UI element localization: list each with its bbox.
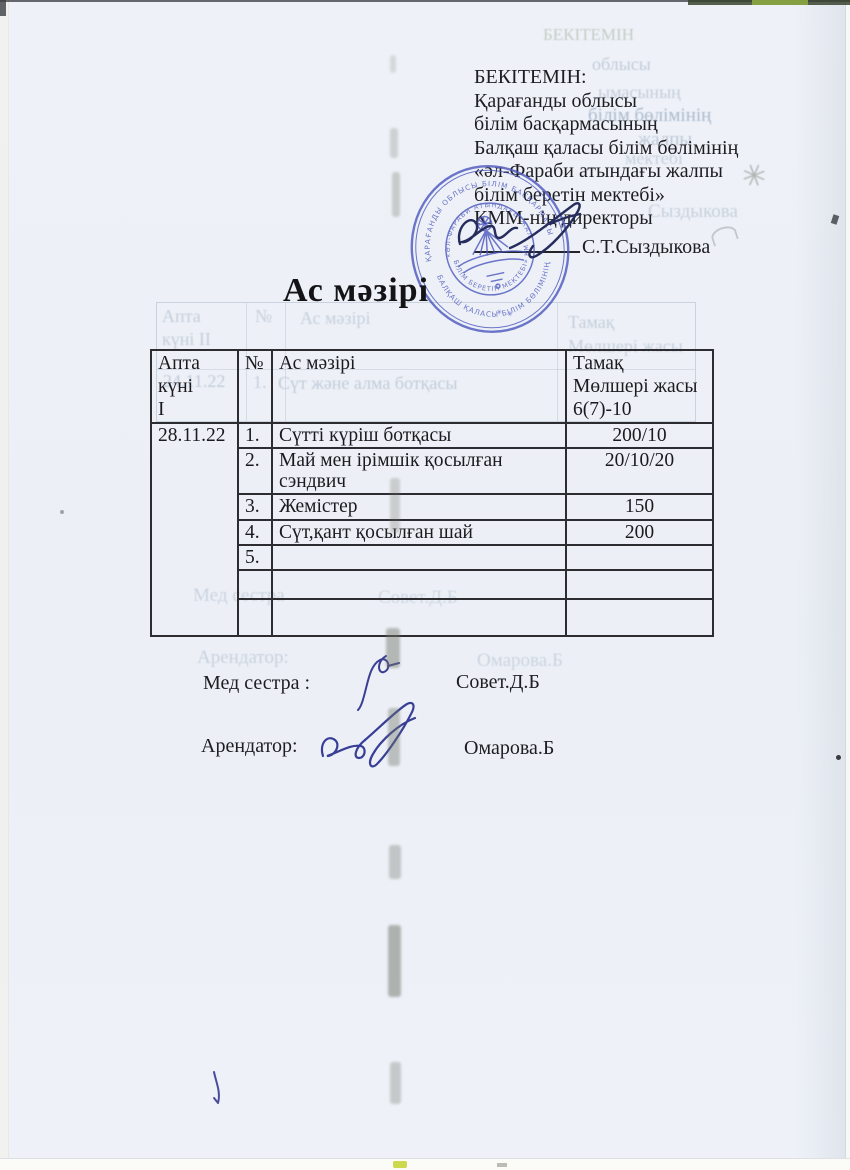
- scan-smudge: [390, 55, 396, 73]
- col-header-portion: Тамақ Мөлшері жасы 6(7)-10: [566, 350, 713, 423]
- ghost-tenant-name: Омарова.Б: [477, 650, 563, 672]
- speck-artifact: [60, 510, 64, 514]
- amount-cell: 20/10/20: [566, 448, 713, 494]
- row-num: 5.: [238, 545, 272, 570]
- ghost-table-header-menu: Ас мәзірі: [300, 308, 371, 329]
- col-header-weekday: Апта күні I: [151, 350, 238, 423]
- amount-cell: [566, 570, 713, 599]
- yellow-edge-mark: [393, 1161, 407, 1168]
- ink-dot-artifact: [836, 755, 841, 760]
- scan-smudge: [390, 1062, 401, 1104]
- scan-smudge: [388, 708, 400, 766]
- dish-cell: [272, 545, 566, 570]
- tenant-signature-ink: [315, 700, 423, 774]
- page-left-edge: [0, 0, 9, 1170]
- tenant-label: Арендатор:: [201, 735, 298, 758]
- col-header-number: №: [238, 350, 272, 423]
- amount-cell: 200/10: [566, 423, 713, 448]
- nurse-name: Совет.Д.Б: [456, 671, 540, 694]
- page-corner-mark: [0, 0, 6, 16]
- tenant-name: Омарова.Б: [464, 737, 554, 760]
- dish-cell: Жемістер: [272, 494, 566, 520]
- ghost-text-bekitemin: БЕКІТЕМІН: [543, 25, 634, 45]
- row-num: 4.: [238, 520, 272, 545]
- ghost-table-header-kuni: күні ІІ: [162, 329, 211, 350]
- approval-line: Қарағанды облысы: [474, 90, 774, 114]
- scan-smudge: [388, 925, 401, 997]
- row-num: 3.: [238, 494, 272, 520]
- dish-cell: [272, 570, 566, 599]
- col-header-menu: Ас мәзірі: [272, 350, 566, 423]
- amount-cell: [566, 599, 713, 636]
- scan-smudge: [389, 845, 401, 879]
- director-signature-ink: [452, 198, 604, 264]
- amount-cell: 150: [566, 494, 713, 520]
- scan-smudge: [390, 478, 400, 533]
- scan-smudge: [386, 628, 400, 668]
- gray-edge-mark: [497, 1163, 507, 1167]
- scanned-menu-document: { "document": { "title": "Ас мәзірі" }, …: [0, 0, 850, 1170]
- ghost-table-header-apta: Апта: [162, 306, 201, 327]
- nurse-label: Мед сестра :: [203, 672, 310, 695]
- approval-line: БЕКІТЕМІН:: [474, 66, 774, 90]
- page-bottom-edge: [0, 1158, 850, 1170]
- amount-cell: 200: [566, 520, 713, 545]
- amount-cell: [566, 545, 713, 570]
- ghost-table-header-tamak: Тамақ: [568, 312, 615, 333]
- table-row: 28.11.22 1. Сүтті күріш ботқасы 200/10: [151, 423, 713, 448]
- row-num: 1.: [238, 423, 272, 448]
- dish-cell: Май мен ірімшік қосылған сэндвич: [272, 448, 566, 494]
- approval-line: білім басқармасының: [474, 113, 774, 137]
- approval-line: Балқаш қаласы білім бөлімінің: [474, 137, 774, 161]
- row-num: [238, 570, 272, 599]
- row-num: 2.: [238, 448, 272, 494]
- page-right-shading: [795, 0, 850, 1170]
- row-num: [238, 599, 272, 636]
- date-cell: 28.11.22: [151, 423, 238, 636]
- page-title: Ас мәзірі: [283, 272, 429, 310]
- scan-smudge: [392, 172, 400, 217]
- blue-pen-mark: [210, 1070, 226, 1106]
- page-top-green-strip: [752, 0, 808, 5]
- ghost-tenant-label: Арендатор:: [197, 647, 289, 669]
- scan-smudge: [390, 128, 398, 158]
- page-right-edge: [845, 0, 850, 1170]
- menu-table: Апта күні I № Ас мәзірі Тамақ Мөлшері жа…: [150, 349, 714, 637]
- ghost-table-header-num: №: [255, 306, 272, 327]
- dish-cell: [272, 599, 566, 636]
- dish-cell: Сүтті күріш ботқасы: [272, 423, 566, 448]
- dish-cell: Сүт,қант қосылған шай: [272, 520, 566, 545]
